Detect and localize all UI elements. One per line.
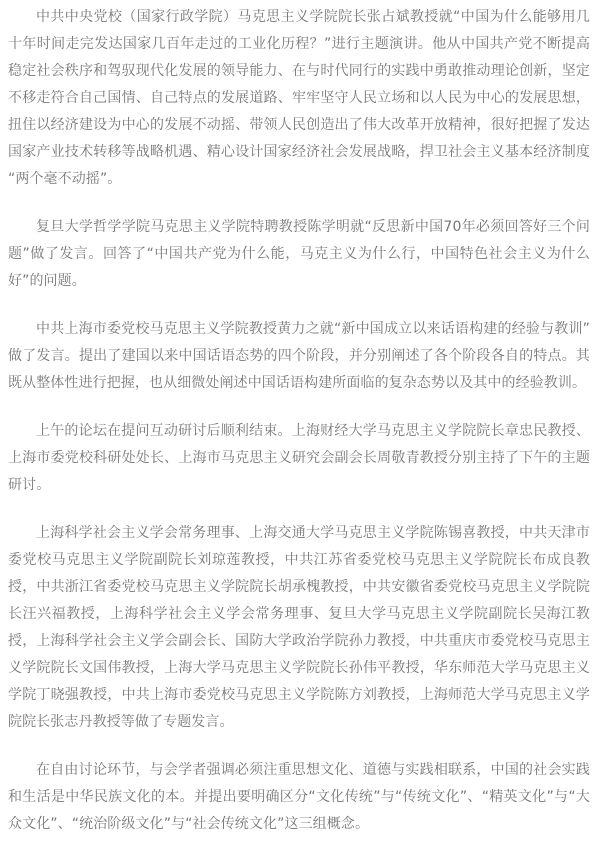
paragraph-speech-zhangzhanbin: 中共中央党校（国家行政学院）马克思主义学院院长张占斌教授就“中国为什么能够用几十… [8,4,590,193]
paragraph-speech-huanglizhi: 中共上海市委党校马克思主义学院教授黄力之就“新中国成立以来话语构建的经验与教训”… [8,316,590,397]
document-page: 中共中央党校（国家行政学院）马克思主义学院院长张占斌教授就“中国为什么能够用几十… [0,0,599,846]
paragraph-free-discussion: 在自由讨论环节，与会学者强调必须注重思想文化、道德与实践相联系，中国的社会实践和… [8,757,590,838]
paragraph-forum-morning-close: 上午的论坛在提问互动研讨后顺利结束。上海财经大学马克思主义学院院长章忠民教授、上… [8,418,590,499]
paragraph-afternoon-speakers: 上海科学社会主义学会常务理事、上海交通大学马克思主义学院陈锡喜教授，中共天津市委… [8,520,590,736]
paragraph-speech-chenxueming: 复旦大学哲学学院马克思主义学院特聘教授陈学明就“反思新中国70年必须回答好三个问… [8,214,590,295]
